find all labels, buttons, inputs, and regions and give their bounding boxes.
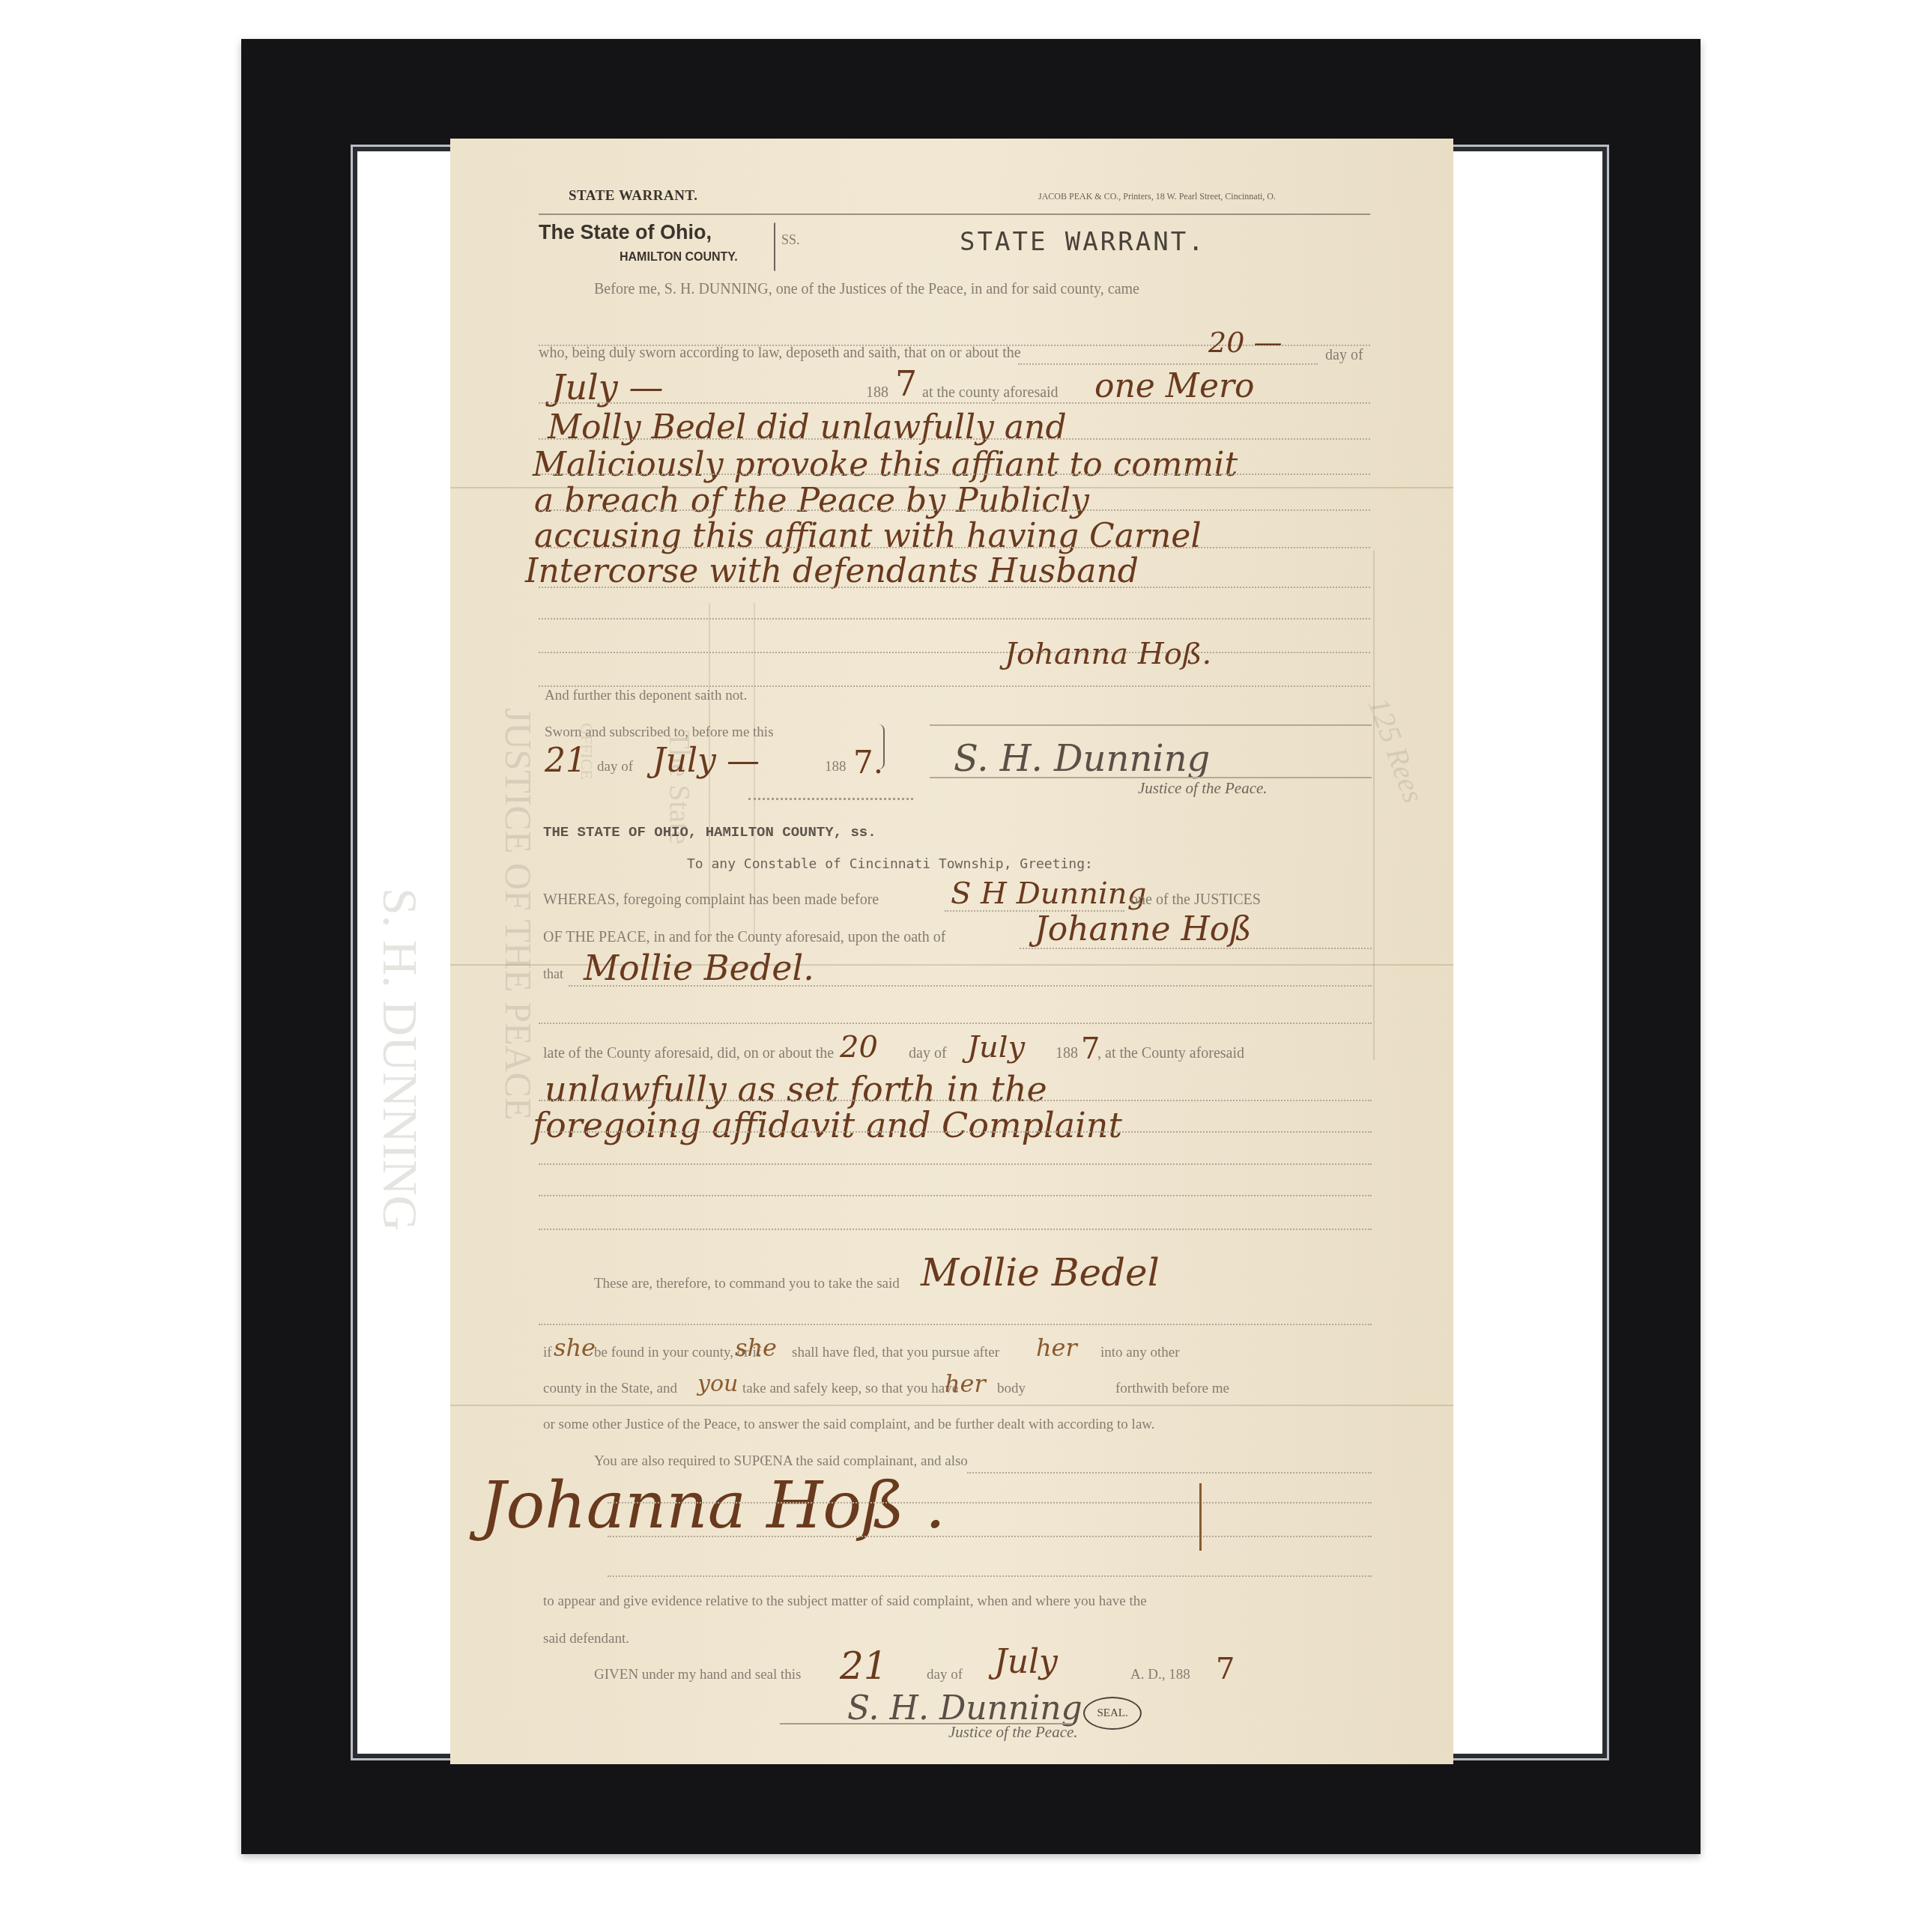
blank-line	[539, 1023, 1372, 1024]
handwritten-year: 7.	[853, 744, 883, 781]
justice-signature: S. H. Dunning	[954, 738, 1210, 780]
blank-line	[608, 1502, 1372, 1503]
handwritten-pronoun: her	[1036, 1333, 1077, 1362]
that-label: that	[543, 966, 563, 982]
forthwith-text: forthwith before me	[1115, 1381, 1229, 1397]
handwritten-command-name: Mollie Bedel	[921, 1251, 1160, 1294]
handwritten-pronoun: she	[554, 1333, 596, 1362]
handwritten-day: 20	[840, 1030, 878, 1065]
year-prefix: 188	[866, 384, 888, 402]
defendant-text: said defendant.	[543, 1631, 629, 1647]
handwritten-statement: Maliciously provoke this affiant to comm…	[533, 446, 1238, 484]
warrant-document: S. H. DUNNING JUSTICE OF THE PEACE OFFIC…	[450, 139, 1453, 1764]
handwritten-statement: Intercorse with defendants Husband	[525, 552, 1139, 590]
blank-line	[1018, 363, 1318, 365]
blank-line	[569, 985, 1372, 987]
handwritten-statement: one Mero	[1094, 367, 1254, 405]
day-of-label: day of	[909, 1045, 947, 1062]
other-text: into any other	[1100, 1345, 1180, 1361]
affidavit-line: day of	[1325, 347, 1363, 364]
handwritten-justice: S H Dunning	[951, 876, 1146, 911]
given-text: GIVEN under my hand and seal this	[594, 1667, 802, 1683]
affidavit-line: who, being duly sworn according to law, …	[539, 345, 1021, 362]
sworn-text: Sworn and subscribed to, before me this	[545, 724, 774, 741]
blank-line	[539, 587, 1370, 588]
affidavit-line: at the county aforesaid	[922, 384, 1059, 402]
blank-line	[608, 1536, 1372, 1537]
handwritten-day: 21	[545, 742, 587, 780]
ink-mark	[1199, 1483, 1202, 1551]
handwritten-day: 21	[840, 1644, 888, 1688]
if-label: if	[543, 1345, 552, 1361]
keep-text: take and safely keep, so that you have	[742, 1381, 958, 1397]
blank-line	[539, 1229, 1372, 1230]
handwritten-statement: Molly Bedel did unlawfully and	[548, 408, 1067, 446]
handwritten-month: July —	[652, 742, 760, 780]
handwritten-month: July	[967, 1030, 1025, 1065]
blank-line	[608, 1575, 1372, 1577]
whereas-text: WHEREAS, foregoing complaint has been ma…	[543, 891, 879, 909]
handwritten-month: July —	[551, 367, 663, 408]
bleedthrough-text: 125 Rees	[1361, 693, 1432, 808]
bleedthrough-text: S. H. DUNNING	[371, 888, 428, 1231]
handwritten-pronoun: you	[697, 1371, 738, 1397]
warrant-heading: THE STATE OF OHIO, HAMILTON COUNTY, ss.	[543, 824, 876, 841]
handwritten-day: 20 —	[1208, 326, 1282, 359]
blank-line	[539, 1100, 1372, 1101]
blank-line	[539, 473, 1370, 475]
blank-line	[539, 1131, 1372, 1133]
day-of-label: day of	[927, 1667, 963, 1683]
blank-line	[967, 1472, 1372, 1474]
county-name: HAMILTON COUNTY.	[620, 251, 738, 264]
handwritten-offense: unlawfully as set forth in the	[545, 1069, 1047, 1109]
handwritten-statement: accusing this affiant with having Carnel	[534, 517, 1201, 555]
bleedthrough-rule	[1373, 551, 1375, 1060]
handwritten-oath-name: Johanne Hoß	[1035, 910, 1252, 948]
affiant-signature: Johanna Hoß.	[1005, 637, 1211, 671]
fled-text: shall have fled, that you pursue after	[792, 1345, 999, 1361]
late-text: , at the County aforesaid	[1097, 1045, 1244, 1062]
handwritten-month: July	[994, 1643, 1058, 1681]
blank-line	[539, 1163, 1372, 1165]
printer-imprint: JACOB PEAK & CO., Printers, 18 W. Pearl …	[1038, 191, 1276, 202]
blank-line	[539, 685, 1370, 687]
handwritten-defendant: Mollie Bedel.	[584, 948, 814, 988]
command-text: These are, therefore, to command you to …	[594, 1276, 900, 1292]
blank-line	[539, 618, 1370, 620]
witness-signature: Johanna Hoß .	[480, 1468, 945, 1543]
blank-line	[539, 1195, 1372, 1196]
form-label: STATE WARRANT.	[569, 188, 697, 205]
handwritten-year: 7	[1216, 1652, 1235, 1686]
handwritten-year: 7	[895, 363, 917, 404]
county-text: county in the State, and	[543, 1381, 677, 1397]
blank-line	[1020, 948, 1372, 949]
handwritten-offense: foregoing affidavit and Complaint	[533, 1105, 1122, 1145]
blank-line	[539, 547, 1370, 548]
day-of-label: day of	[597, 759, 633, 775]
body-text: body	[997, 1381, 1026, 1397]
ornament-rule	[748, 798, 913, 800]
blank-line	[539, 438, 1370, 440]
peace-text: OF THE PEACE, in and for the County afor…	[543, 929, 945, 946]
ss-label: SS.	[781, 232, 800, 248]
handwritten-pronoun: she	[735, 1333, 777, 1362]
blank-line	[539, 1324, 1372, 1325]
year-prefix: 188	[825, 759, 847, 775]
brace	[774, 222, 775, 271]
state-name: The State of Ohio,	[539, 221, 712, 244]
answer-text: or some other Justice of the Peace, to a…	[543, 1417, 1155, 1433]
whereas-text: one of the JUSTICES	[1130, 891, 1261, 909]
late-text: late of the County aforesaid, did, on or…	[543, 1045, 834, 1062]
signature-line	[930, 724, 1372, 726]
deponent-text: And further this deponent saith not.	[545, 688, 747, 704]
justice-signature: S. H. Dunning	[847, 1689, 1082, 1727]
appear-text: to appear and give evidence relative to …	[543, 1593, 1147, 1610]
blank-line	[539, 652, 1370, 653]
header-rule	[539, 214, 1370, 215]
year-prefix: 188	[1056, 1045, 1078, 1062]
warrant-greeting: To any Constable of Cincinnati Township,…	[687, 856, 1093, 872]
handwritten-pronoun: her	[945, 1369, 986, 1398]
justice-title: Justice of the Peace.	[1138, 779, 1268, 798]
seal-mark: SEAL.	[1083, 1697, 1142, 1730]
affidavit-line: Before me, S. H. DUNNING, one of the Jus…	[594, 281, 1139, 298]
subpoena-text: You are also required to SUPŒNA the said…	[594, 1453, 968, 1470]
signature-line	[930, 777, 1372, 778]
blank-line	[539, 509, 1370, 511]
handwritten-statement: a breach of the Peace by Publicly	[534, 482, 1089, 520]
justice-title: Justice of the Peace.	[948, 1723, 1078, 1742]
document-title: STATE WARRANT.	[960, 227, 1206, 257]
bleedthrough-text: JUSTICE OF THE PEACE	[497, 708, 540, 1121]
fold-line	[450, 1405, 1453, 1406]
ad-label: A. D., 188	[1130, 1667, 1190, 1683]
